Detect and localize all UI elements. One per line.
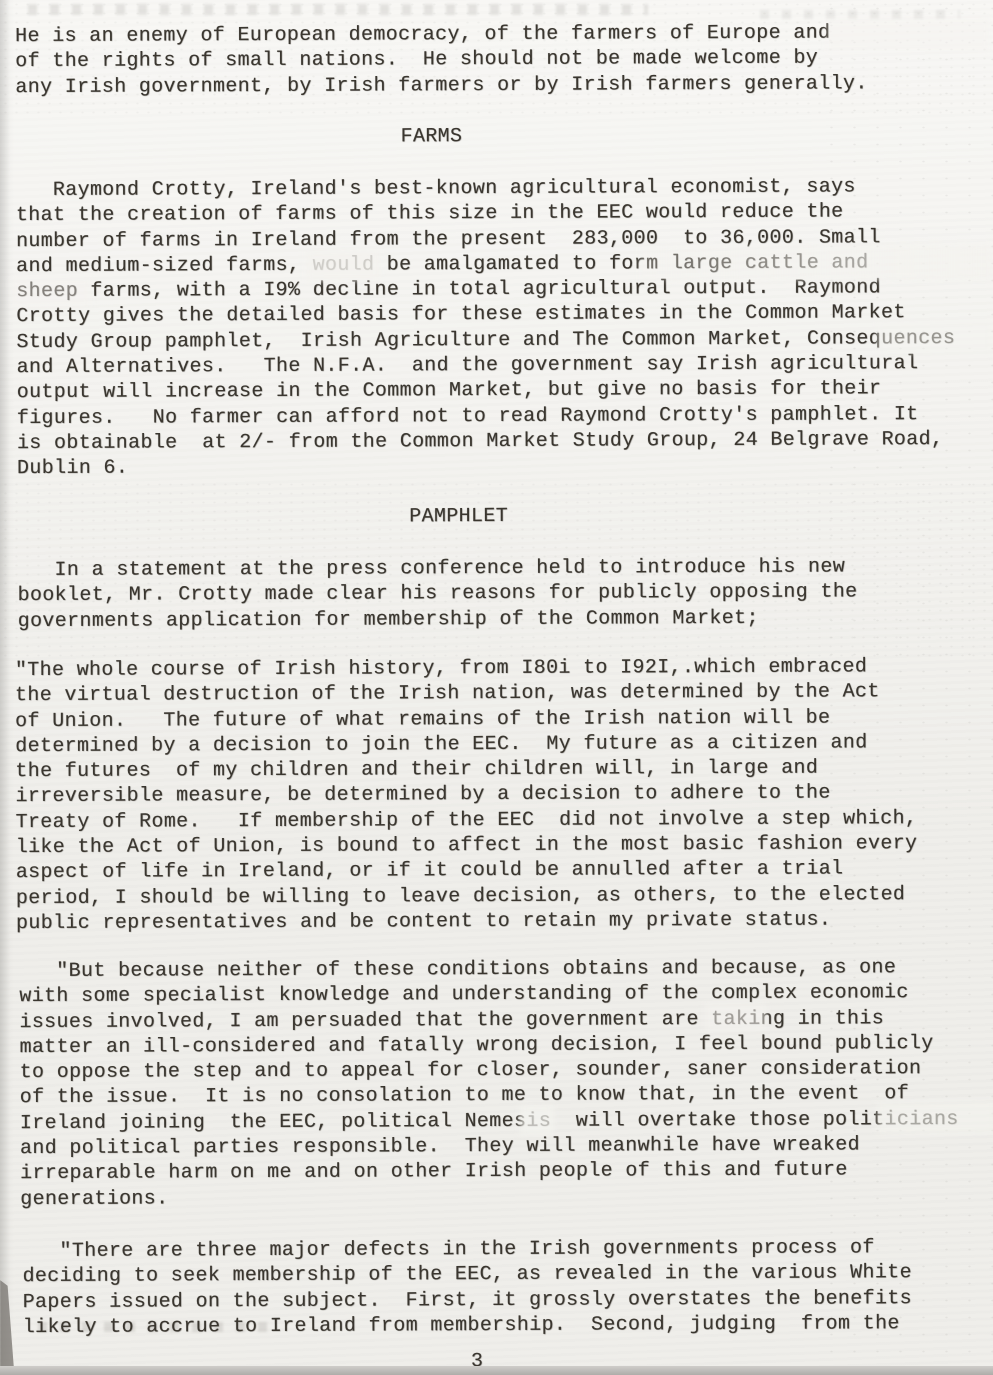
paragraph-quote-conditions: "But because neither of these conditions… [19,955,959,1212]
scanned-page: He is an enemy of European democracy, of… [0,0,993,1375]
scan-edge-left [0,0,10,1375]
heading-farms: FARMS [401,124,463,150]
paragraph-farms-body: Raymond Crotty, Ireland's best-known agr… [16,174,956,482]
scan-edge-bottom [0,1366,993,1375]
paragraph-quote-defects: "There are three major defects in the Ir… [22,1235,912,1340]
heading-pamphlet: PAMPHLET [409,504,508,530]
paragraph-intro: He is an enemy of European democracy, of… [15,20,868,100]
page-content: He is an enemy of European democracy, of… [0,0,993,1375]
paragraph-pamphlet-intro: In a statement at the press conference h… [17,554,857,634]
paragraph-quote-history: "The whole course of Irish history, from… [15,654,918,936]
